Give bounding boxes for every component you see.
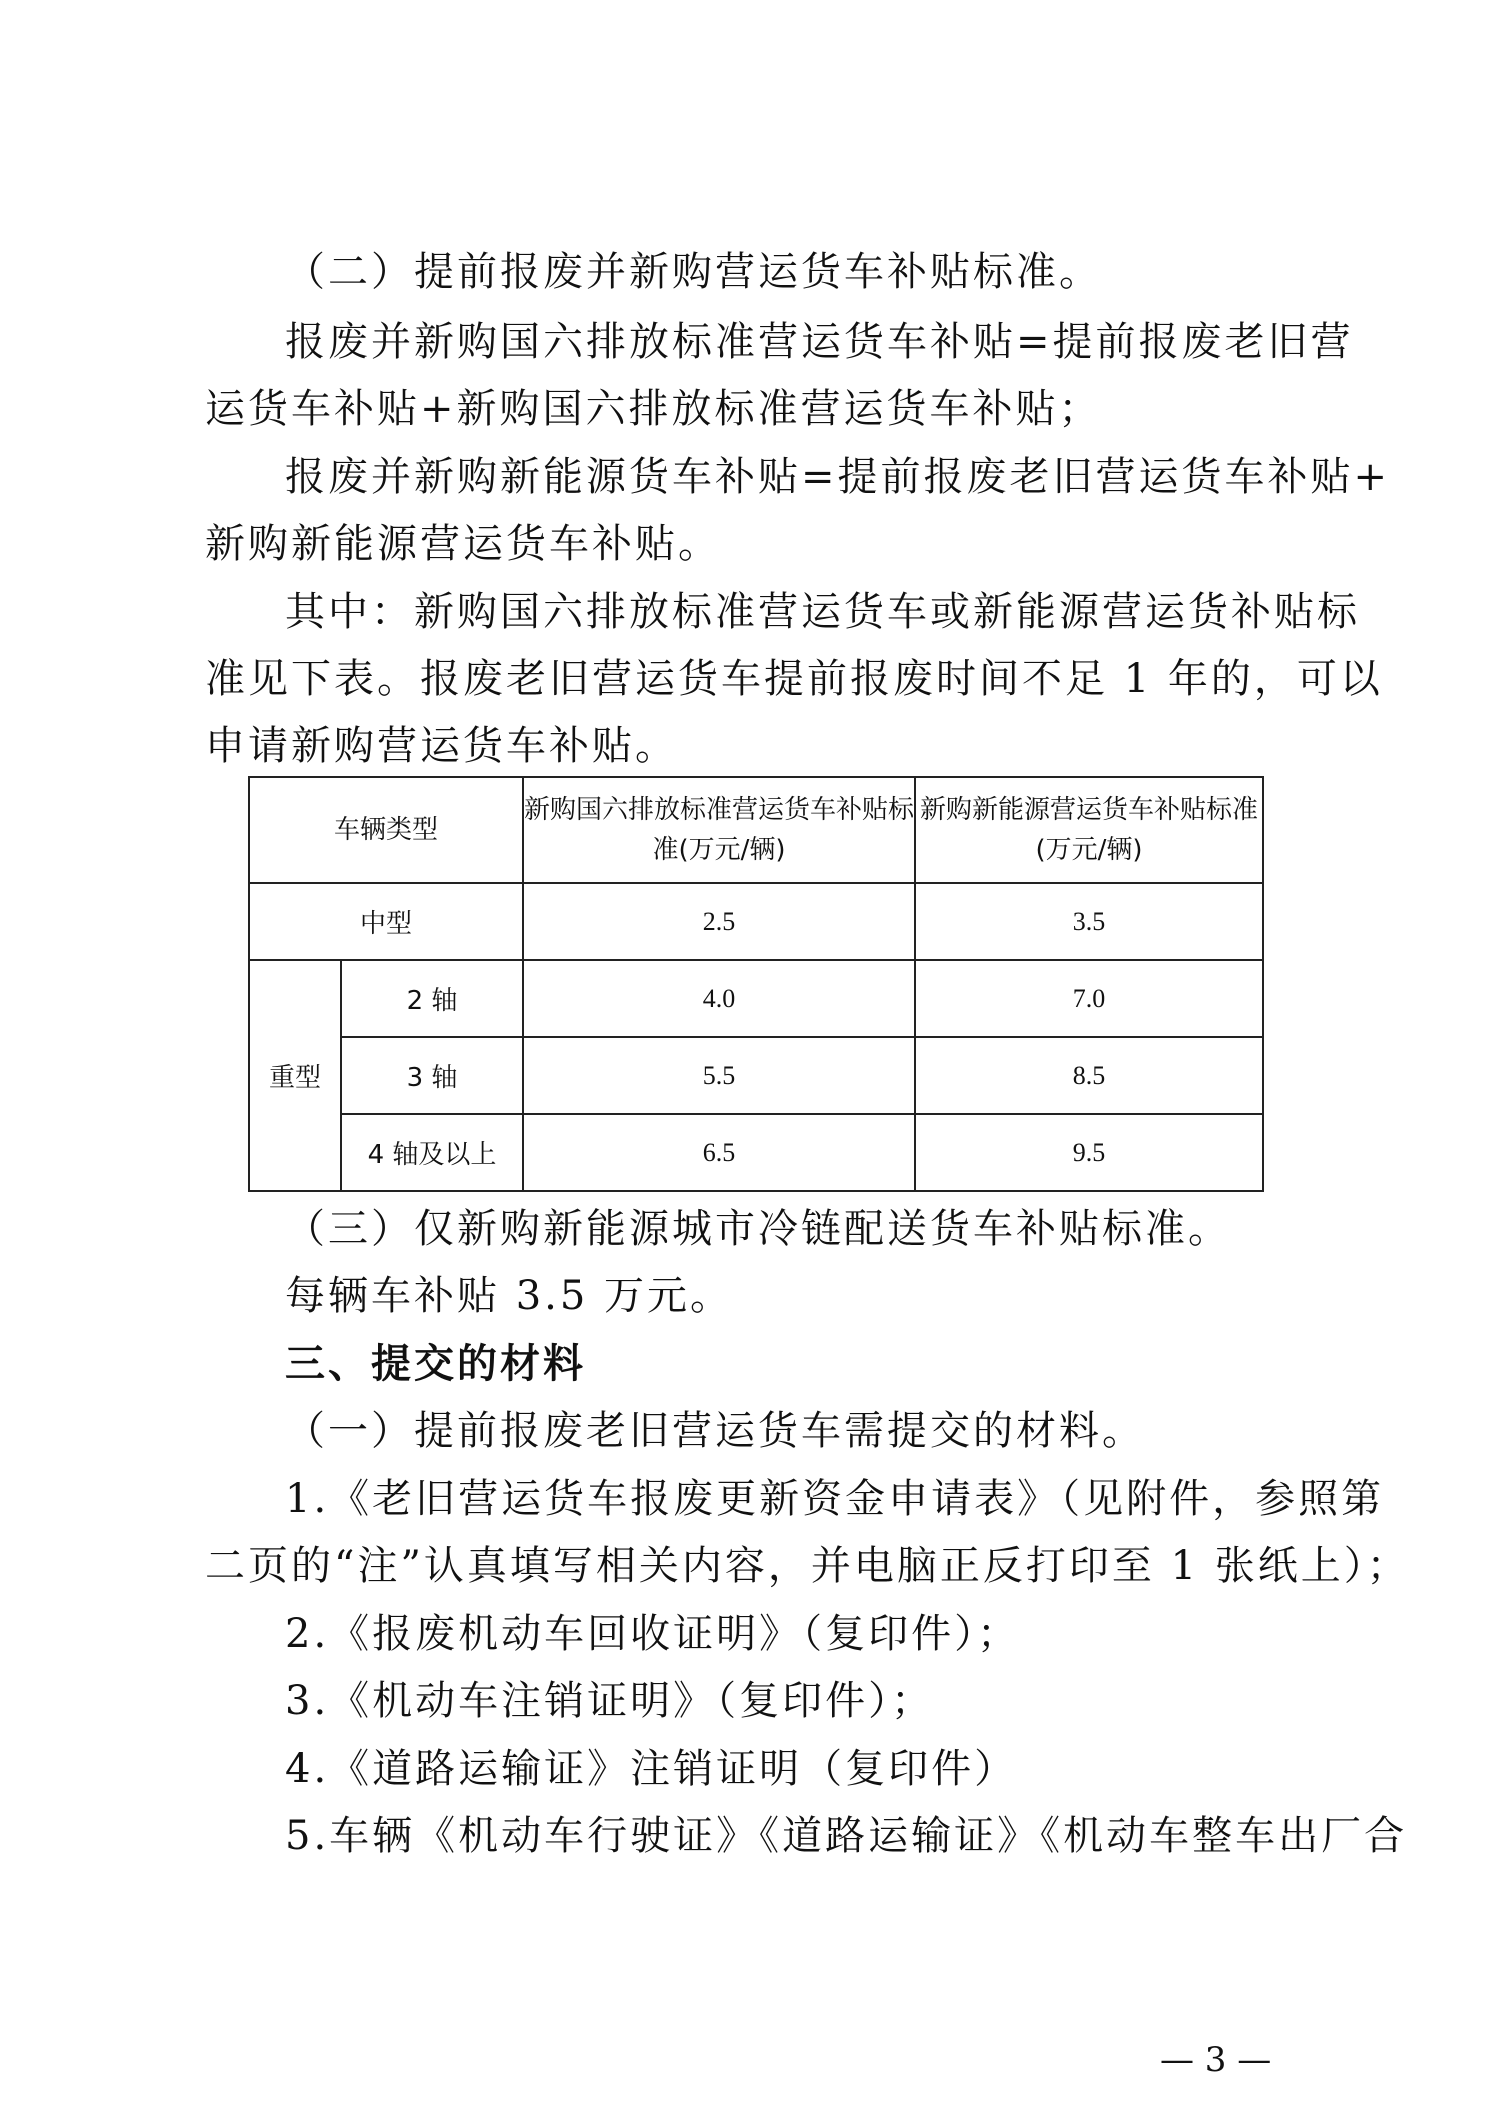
table-row: 重型 2 轴 4.0 7.0	[249, 960, 1263, 1037]
para-formula-1b: 运货车补贴+新购国六排放标准营运货车补贴；	[205, 385, 1102, 433]
row-nev: 3.5	[915, 883, 1263, 960]
item-1a: 1.《老旧营运货车报废更新资金申请表》（见附件，参照第	[285, 1475, 1384, 1523]
item-4: 4.《道路运输证》注销证明（复印件）	[285, 1745, 1017, 1793]
para-note-b: 准见下表。报废老旧营运货车提前报废时间不足 1 年的，可以	[205, 655, 1383, 703]
header-gb6: 新购国六排放标准营运货车补贴标准(万元/辆)	[523, 777, 915, 883]
row-gb6: 5.5	[523, 1037, 915, 1114]
table-header-row: 车辆类型 新购国六排放标准营运货车补贴标准(万元/辆) 新购新能源营运货车补贴标…	[249, 777, 1263, 883]
row-group-heavy: 重型	[249, 960, 341, 1191]
table-row: 中型 2.5 3.5	[249, 883, 1263, 960]
table-row: 4 轴及以上 6.5 9.5	[249, 1114, 1263, 1191]
row-sub: 2 轴	[341, 960, 523, 1037]
item-1b: 二页的“注”认真填写相关内容，并电脑正反打印至 1 张纸上）；	[205, 1542, 1410, 1590]
row-gb6: 6.5	[523, 1114, 915, 1191]
para-heading-2: （二）提前报废并新购营运货车补贴标准。	[285, 248, 1102, 296]
item-5: 5.车辆《机动车行驶证》《道路运输证》《机动车整车出厂合	[285, 1812, 1407, 1860]
para-formula-2b: 新购新能源营运货车补贴。	[205, 520, 721, 568]
para-sub-1: （一）提前报废老旧营运货车需提交的材料。	[285, 1407, 1145, 1455]
row-sub: 3 轴	[341, 1037, 523, 1114]
para-note-a: 其中：新购国六排放标准营运货车或新能源营运货补贴标	[285, 588, 1360, 636]
row-gb6: 2.5	[523, 883, 915, 960]
header-nev: 新购新能源营运货车补贴标准(万元/辆)	[915, 777, 1263, 883]
table-row: 3 轴 5.5 8.5	[249, 1037, 1263, 1114]
row-nev: 9.5	[915, 1114, 1263, 1191]
row-nev: 8.5	[915, 1037, 1263, 1114]
row-sub: 4 轴及以上	[341, 1114, 523, 1191]
para-formula-2a: 报废并新购新能源货车补贴=提前报废老旧营运货车补贴+	[285, 453, 1390, 501]
row-nev: 7.0	[915, 960, 1263, 1037]
subsidy-table: 车辆类型 新购国六排放标准营运货车补贴标准(万元/辆) 新购新能源营运货车补贴标…	[248, 776, 1264, 1192]
item-2: 2.《报废机动车回收证明》（复印件）；	[285, 1610, 1020, 1658]
item-3: 3.《机动车注销证明》（复印件）；	[285, 1677, 934, 1725]
para-cold-chain: 每辆车补贴 3.5 万元。	[285, 1272, 733, 1320]
para-formula-1a: 报废并新购国六排放标准营运货车补贴=提前报废老旧营	[285, 318, 1354, 366]
header-vehicle-type: 车辆类型	[249, 777, 523, 883]
para-heading-3: （三）仅新购新能源城市冷链配送货车补贴标准。	[285, 1205, 1231, 1253]
section-title-materials: 三、提交的材料	[285, 1340, 586, 1388]
page-number: — 3 —	[1160, 2040, 1271, 2080]
row-type: 中型	[249, 883, 523, 960]
para-note-c: 申请新购营运货车补贴。	[205, 722, 678, 770]
row-gb6: 4.0	[523, 960, 915, 1037]
